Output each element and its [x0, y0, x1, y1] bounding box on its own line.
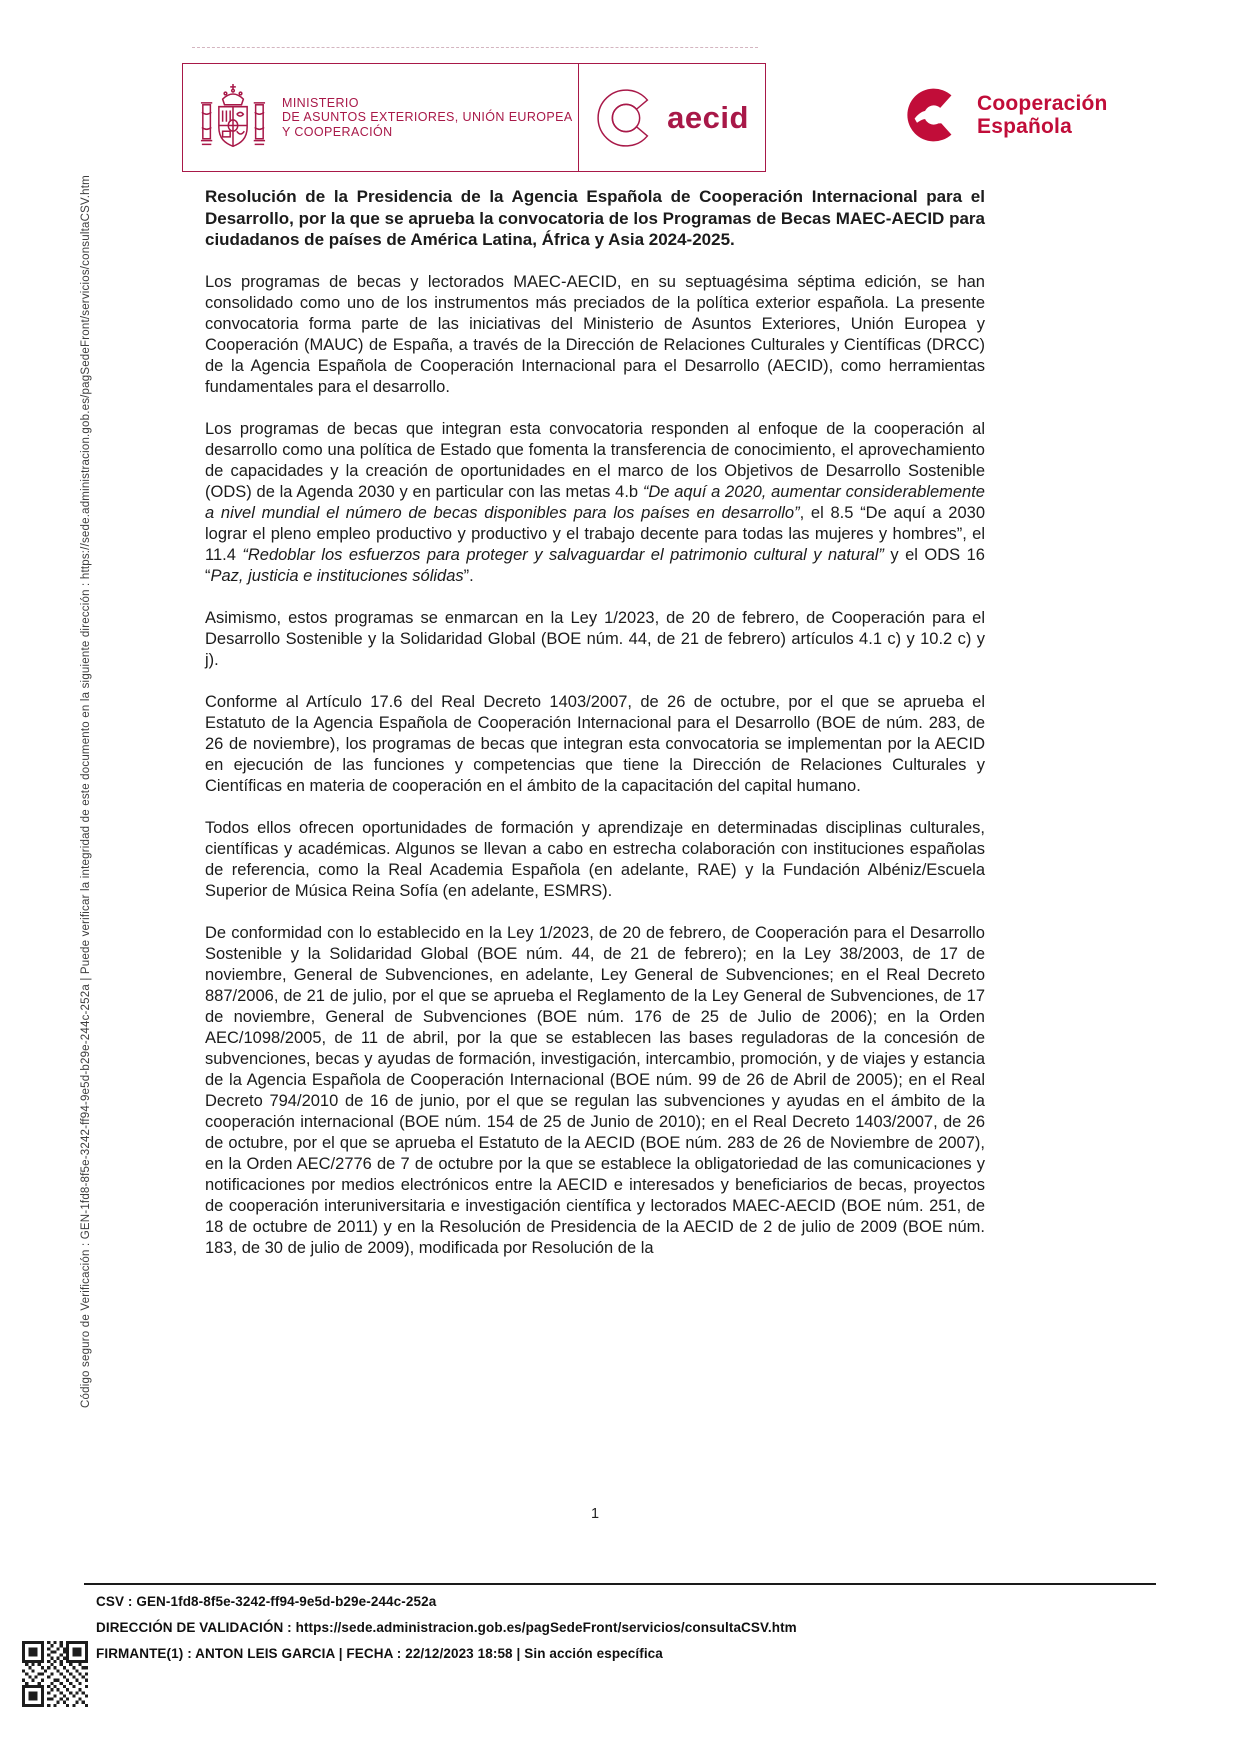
ministry-name-line: MINISTERIO	[282, 96, 573, 111]
paragraph: Todos ellos ofrecen oportunidades de for…	[205, 818, 985, 902]
cooperacion-wordmark-line: Cooperación	[977, 92, 1108, 115]
text-segment: ”.	[464, 567, 474, 585]
csv-vertical-text: Código seguro de Verificación : GEN-1fd8…	[80, 100, 96, 1408]
aecid-logo: aecid	[579, 64, 765, 171]
ministry-aecid-logo-box: MINISTERIO DE ASUNTOS EXTERIORES, UNIÓN …	[182, 63, 766, 172]
footer-signer: FIRMANTE(1) : ANTON LEIS GARCIA | FECHA …	[96, 1646, 797, 1661]
text-segment: Paz, justicia e instituciones sólidas	[211, 567, 464, 585]
document-body: Resolución de la Presidencia de la Agenc…	[205, 186, 985, 1280]
footer-block: CSV : GEN-1fd8-8f5e-3242-ff94-9e5d-b29e-…	[96, 1594, 797, 1672]
ministry-name: MINISTERIO DE ASUNTOS EXTERIORES, UNIÓN …	[282, 96, 573, 140]
paragraph: Asimismo, estos programas se enmarcan en…	[205, 608, 985, 671]
cooperacion-c-icon	[905, 82, 965, 148]
footer-validation-url: DIRECCIÓN DE VALIDACIÓN : https://sede.a…	[96, 1620, 797, 1635]
header-top-rule	[192, 47, 758, 48]
text-segment: Asimismo, estos programas se enmarcan en…	[205, 609, 985, 669]
document-title: Resolución de la Presidencia de la Agenc…	[205, 186, 985, 251]
footer-csv: CSV : GEN-1fd8-8f5e-3242-ff94-9e5d-b29e-…	[96, 1594, 797, 1609]
ministry-name-line: DE ASUNTOS EXTERIORES, UNIÓN EUROPEA	[282, 110, 573, 125]
cooperacion-wordmark-line: Española	[977, 115, 1108, 138]
text-segment: Los programas de becas y lectorados MAEC…	[205, 273, 985, 396]
paragraph: Los programas de becas que integran esta…	[205, 419, 985, 587]
text-segment: Todos ellos ofrecen oportunidades de for…	[205, 819, 985, 900]
ministry-logo: MINISTERIO DE ASUNTOS EXTERIORES, UNIÓN …	[183, 64, 578, 171]
qr-code	[22, 1641, 88, 1707]
aecid-c-icon	[595, 81, 657, 155]
paragraph: Conforme al Artículo 17.6 del Real Decre…	[205, 692, 985, 797]
paragraph: Los programas de becas y lectorados MAEC…	[205, 272, 985, 398]
text-segment: De conformidad con lo establecido en la …	[205, 924, 985, 1257]
cooperacion-espanola-logo: Cooperación Española	[905, 82, 1108, 148]
text-segment: “Redoblar los esfuerzos para proteger y …	[242, 546, 884, 564]
paragraph: De conformidad con lo establecido en la …	[205, 923, 985, 1259]
footer-rule	[84, 1583, 1156, 1585]
text-segment: Conforme al Artículo 17.6 del Real Decre…	[205, 693, 985, 795]
spain-coat-of-arms-icon	[200, 80, 266, 156]
aecid-wordmark: aecid	[667, 100, 749, 136]
page-number: 1	[205, 1506, 985, 1522]
cooperacion-wordmark: Cooperación Española	[977, 92, 1108, 138]
ministry-name-line: Y COOPERACIÓN	[282, 125, 573, 140]
document-page: Código seguro de Verificación : GEN-1fd8…	[0, 0, 1240, 1755]
